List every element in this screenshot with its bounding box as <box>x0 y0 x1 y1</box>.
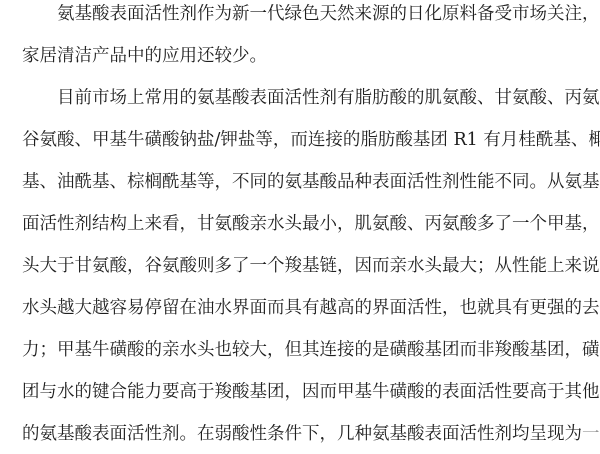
paragraph-1-line-1: 氨基酸表面活性剂作为新一代绿色天然来源的日化原料备受市场关注，而在 <box>57 3 588 25</box>
paragraph-2-line-7: 力；甲基牛磺酸的亲水头也较大，但其连接的是磺酸基团而非羧酸基团，磺酸基 <box>22 339 588 361</box>
paragraph-2-line-9-text: 的氨基酸表面活性剂。在弱酸性条件下，几种氨基酸表面活性剂均呈现为 <box>22 424 582 444</box>
document-page: 氨基酸表面活性剂作为新一代绿色天然来源的日化原料备受市场关注，而在 家居清洁产品… <box>0 0 600 454</box>
paragraph-2-line-2: 谷氨酸、甲基牛磺酸钠盐/钾盐等，而连接的脂肪酸基团 R1 有月桂酰基、椰油酰 <box>22 129 588 151</box>
paragraph-2-line-5: 头大于甘氨酸，谷氨酸则多了一个羧基链，因而亲水头最大；从性能上来说，亲 <box>22 255 588 277</box>
paragraph-2-line-8: 团与水的键合能力要高于羧酸基团，因而甲基牛磺酸的表面活性要高于其他种类 <box>22 381 588 403</box>
paragraph-2-line-4: 面活性剂结构上来看，甘氨酸亲水头最小，肌氨酸、丙氨酸多了一个甲基，亲水 <box>22 213 588 235</box>
paragraph-2-line-6: 水头越大越容易停留在油水界面而具有越高的界面活性，也就具有更强的去污能 <box>22 297 588 319</box>
paragraph-2-line-9: 的氨基酸表面活性剂。在弱酸性条件下，几种氨基酸表面活性剂均呈现为一钠盐 <box>22 423 588 445</box>
paragraph-2-line-3: 基、油酰基、棕榈酰基等，不同的氨基酸品种表面活性剂性能不同。从氨基酸表 <box>22 171 588 193</box>
paragraph-2-line-1: 目前市场上常用的氨基酸表面活性剂有脂肪酸的肌氨酸、甘氨酸、丙氨酸、 <box>57 87 588 109</box>
faded-trailing-text: 一钠盐 <box>582 424 600 444</box>
paragraph-1-line-2: 家居清洁产品中的应用还较少。 <box>22 45 588 67</box>
